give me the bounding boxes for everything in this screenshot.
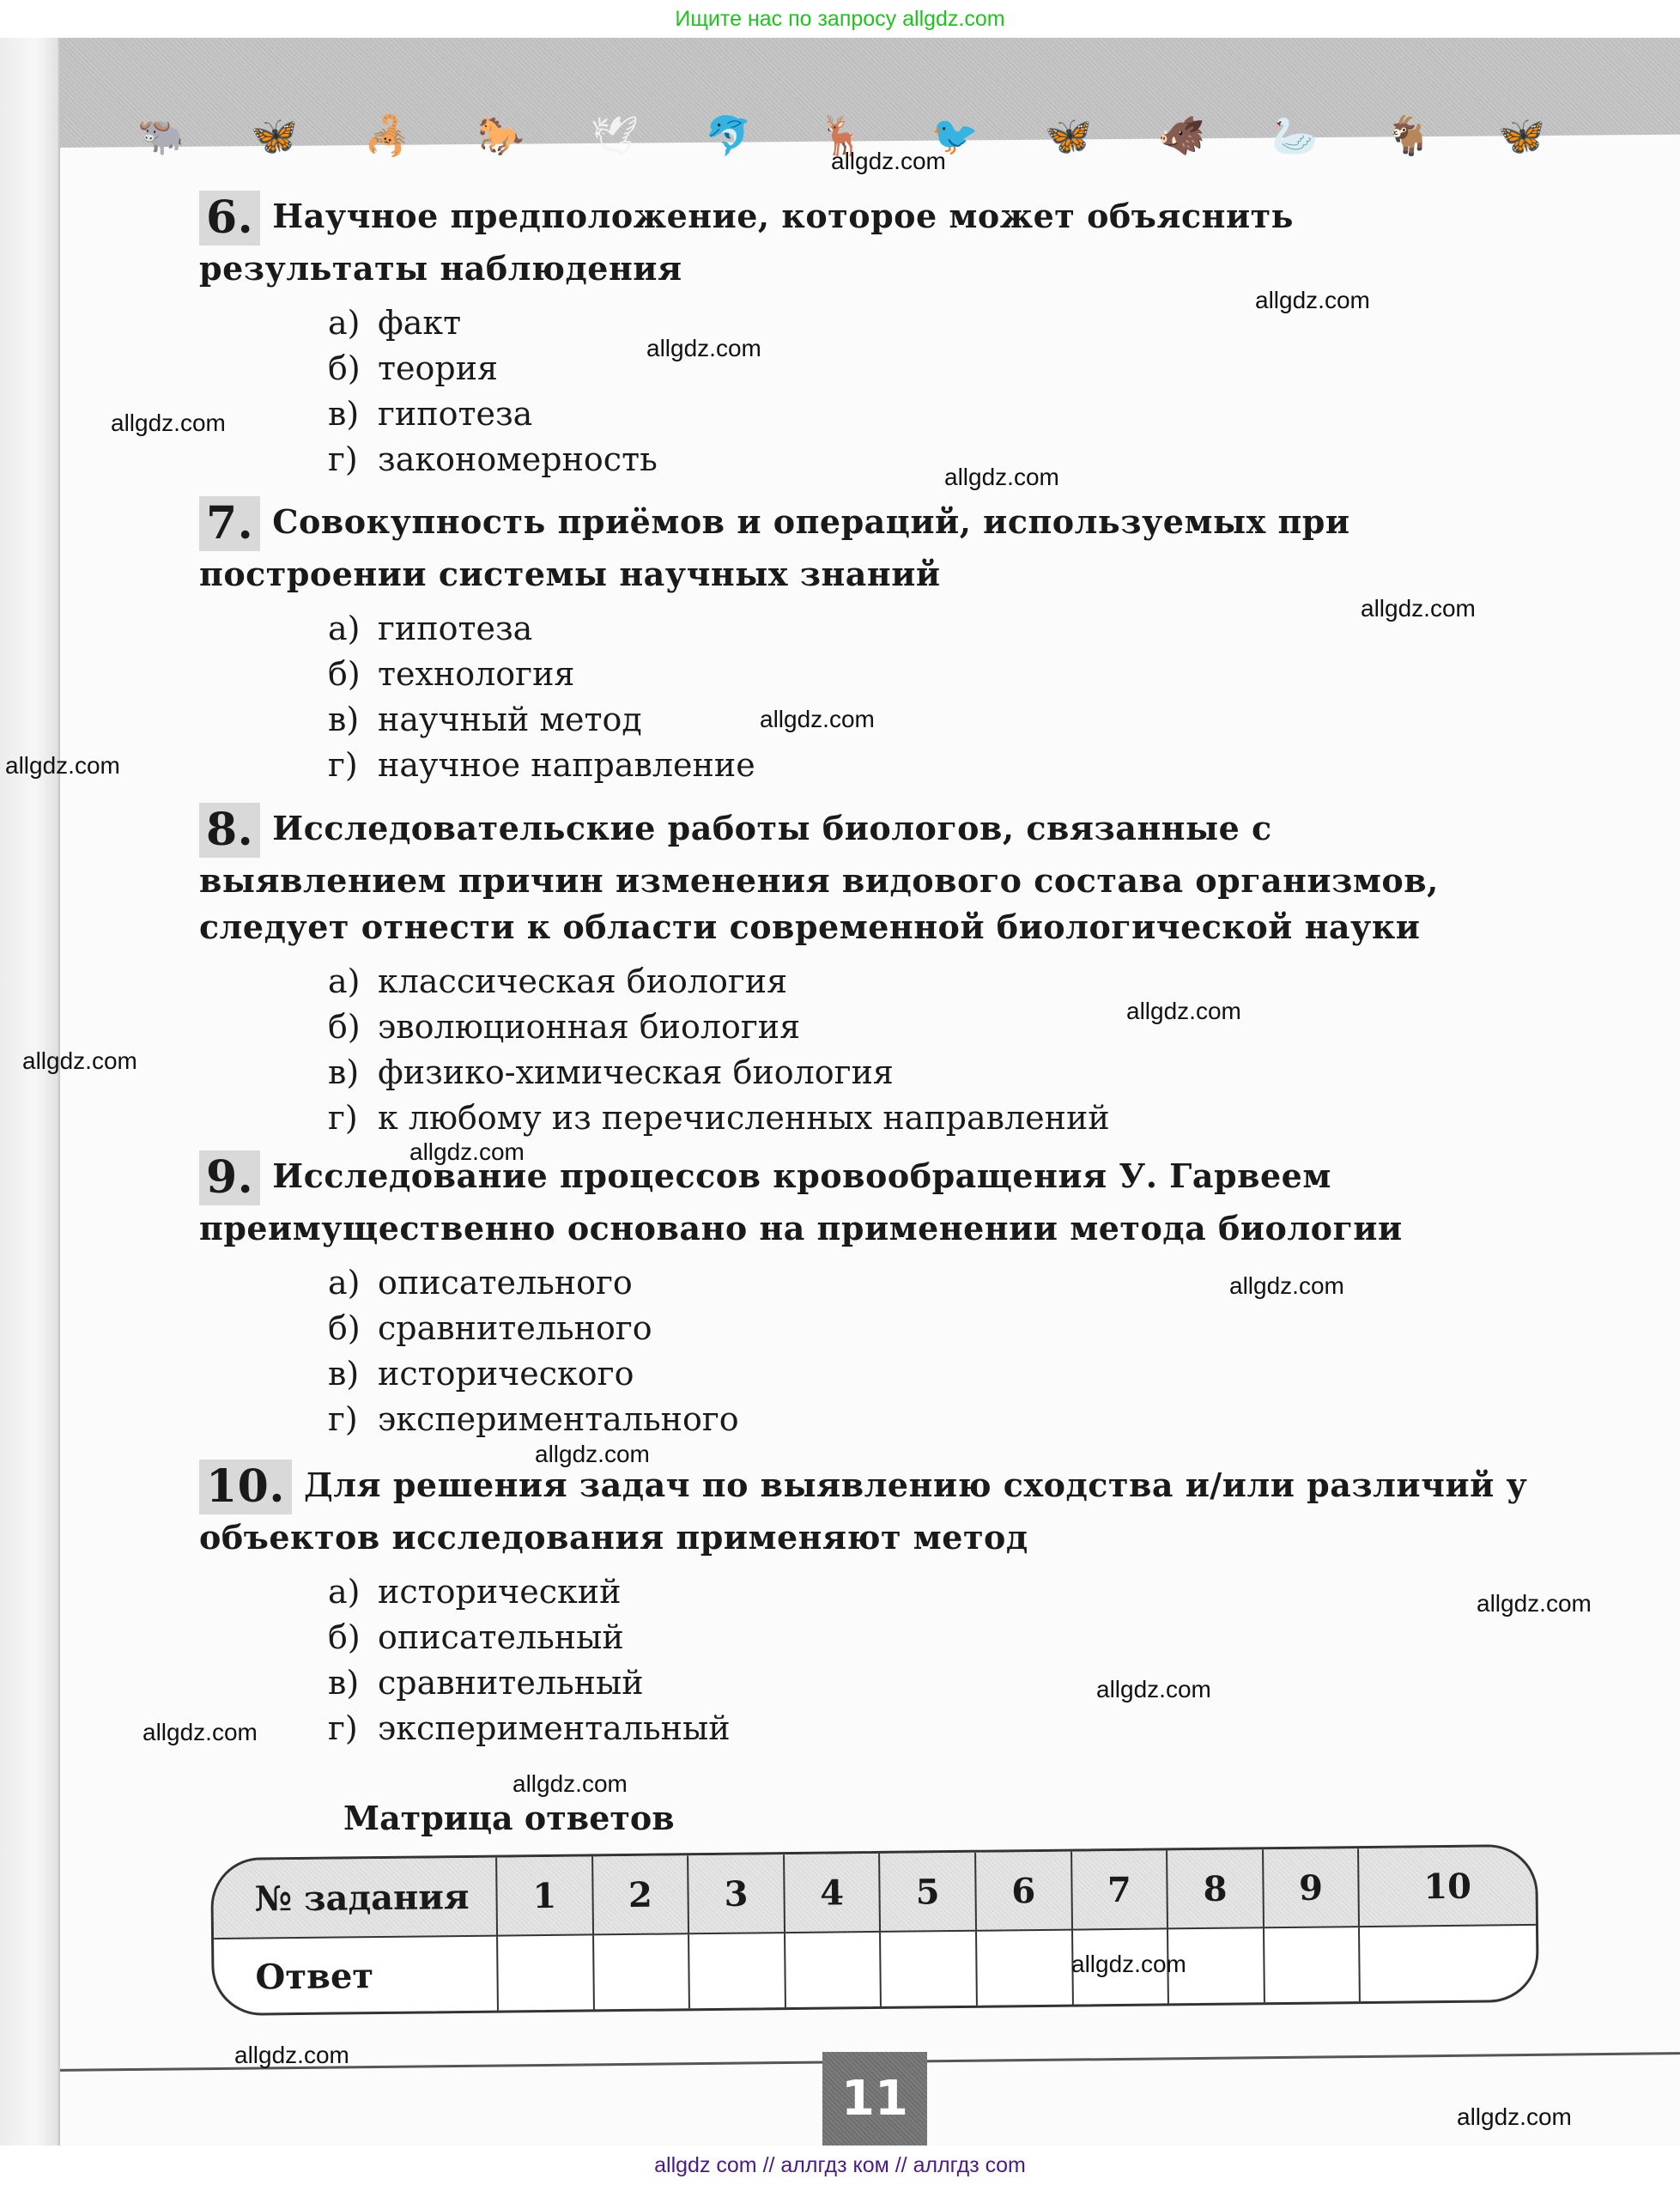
task-number-row: № задания 1 2 3 4 5 6 7 8 9 10 [213,1847,1536,1939]
col-header: 2 [592,1855,689,1934]
answer-cell[interactable] [593,1933,690,2011]
option-b[interactable]: б)описательный [328,1615,1530,1660]
bird-icon: 🕊 [591,115,639,158]
watermark: allgdz.com [1071,1951,1186,1978]
watermark: allgdz.com [944,464,1059,491]
moth-icon: 🦋 [1045,115,1092,158]
watermark: allgdz.com [409,1138,525,1166]
watermark: allgdz.com [111,410,226,437]
col-header: 4 [784,1854,881,1933]
answer-matrix: № задания 1 2 3 4 5 6 7 8 9 10 Ответ [210,1844,1539,2016]
option-c[interactable]: в)физико-химическая биология [328,1050,1530,1096]
question-number: 6. [199,191,260,246]
book-spine [0,38,60,2146]
answer-row: Ответ [214,1925,1537,2015]
question-text: 10.Для решения задач по выявлению сходст… [199,1460,1530,1561]
question-text: 6.Научное предположение, которое может о… [199,191,1530,292]
col-header: 8 [1167,1849,1264,1928]
answer-matrix-title: Матрица ответов [343,1799,675,1837]
butterfly-icon: 🦋 [251,115,298,158]
option-b[interactable]: б)сравнительного [328,1306,1530,1351]
option-c[interactable]: в)сравнительный [328,1660,1530,1706]
option-d[interactable]: г)закономерность [328,437,1530,483]
watermark: allgdz.com [1361,595,1476,622]
watermark: allgdz.com [535,1441,650,1468]
options-list: а)факт б)теория в)гипотеза г)закономерно… [328,300,1530,483]
col-header: 1 [496,1856,593,1935]
col-header: 6 [975,1852,1072,1931]
question-text: 8.Исследовательские работы биологов, свя… [199,803,1530,950]
option-b[interactable]: б)эволюционная биология [328,1004,1530,1050]
options-list: а)классическая биология б)эволюционная б… [328,959,1530,1141]
question-number: 8. [199,803,260,858]
watermark: allgdz.com [1477,1590,1592,1618]
dolphin-icon: 🐬 [705,115,752,158]
watermark: allgdz.com [143,1719,258,1746]
watermark: allgdz.com [234,2042,349,2069]
watermark: allgdz.com [1457,2103,1572,2131]
option-d[interactable]: г)экспериментального [328,1397,1530,1442]
ostrich-icon: 🦢 [1271,115,1319,158]
boar-icon: 🐗 [1158,115,1205,158]
col-header: 7 [1071,1850,1168,1929]
question-number: 7. [199,496,260,551]
answer-cell[interactable] [1359,1925,1537,2003]
option-a[interactable]: а)гипотеза [328,606,1530,652]
horse-icon: 🐎 [477,115,525,158]
question-text: 9.Исследование процессов кровообращения … [199,1150,1530,1252]
option-d[interactable]: г)экспериментальный [328,1706,1530,1751]
row-label-task: № задания [213,1858,497,1939]
option-d[interactable]: г)к любому из перечисленных направлений [328,1096,1530,1141]
col-header: 5 [879,1853,976,1932]
options-list: а)описательного б)сравнительного в)истор… [328,1260,1530,1442]
option-d[interactable]: г)научное направление [328,743,1530,788]
scorpion-icon: 🦂 [364,115,411,158]
answer-cell[interactable] [880,1931,977,2008]
col-header: 3 [688,1854,785,1933]
answer-cell[interactable] [785,1932,882,2009]
answer-cell[interactable] [497,1934,594,2012]
question-number: 9. [199,1150,260,1205]
col-header: 9 [1263,1848,1360,1927]
row-label-answer: Ответ [214,1936,498,2015]
question-10: 10.Для решения задач по выявлению сходст… [199,1460,1530,1751]
ibex-icon: 🐐 [1385,115,1432,158]
option-c[interactable]: в)научный метод [328,697,1530,743]
top-banner[interactable]: Ищите нас по запросу allgdz.com [0,0,1680,38]
option-a[interactable]: а)описательного [328,1260,1530,1306]
bottom-banner[interactable]: allgdz com // аллгдз ком // аллгдз com [0,2146,1680,2185]
option-b[interactable]: б)технология [328,652,1530,697]
answer-cell[interactable] [688,1933,785,2010]
question-8: 8.Исследовательские работы биологов, свя… [199,803,1530,1141]
question-7: 7.Совокупность приёмов и операций, испол… [199,496,1530,788]
question-text: 7.Совокупность приёмов и операций, испол… [199,496,1530,598]
watermark: allgdz.com [1255,287,1370,314]
watermark: allgdz.com [1096,1676,1211,1703]
option-c[interactable]: в)исторического [328,1351,1530,1397]
watermark: allgdz.com [760,706,875,733]
watermark: allgdz.com [1126,998,1241,1025]
col-header: 10 [1358,1847,1536,1927]
options-list: а)исторический б)описательный в)сравните… [328,1569,1530,1751]
question-6: 6.Научное предположение, которое может о… [199,191,1530,483]
watermark: allgdz.com [22,1047,137,1075]
watermark: allgdz.com [831,148,946,175]
bison-icon: 🐃 [137,115,185,158]
option-a[interactable]: а)классическая биология [328,959,1530,1004]
question-number: 10. [199,1460,292,1514]
page-number: 11 [822,2052,927,2146]
option-b[interactable]: б)теория [328,346,1530,391]
watermark: allgdz.com [512,1770,628,1798]
watermark: allgdz.com [5,752,120,780]
watermark: allgdz.com [646,335,761,362]
options-list: а)гипотеза б)технология в)научный метод … [328,606,1530,788]
option-a[interactable]: а)исторический [328,1569,1530,1615]
butterfly-icon: 🦋 [1498,115,1545,158]
option-c[interactable]: в)гипотеза [328,391,1530,437]
watermark: allgdz.com [1229,1272,1344,1300]
answer-cell[interactable] [1264,1927,1361,2004]
answer-cell[interactable] [976,1930,1073,2007]
